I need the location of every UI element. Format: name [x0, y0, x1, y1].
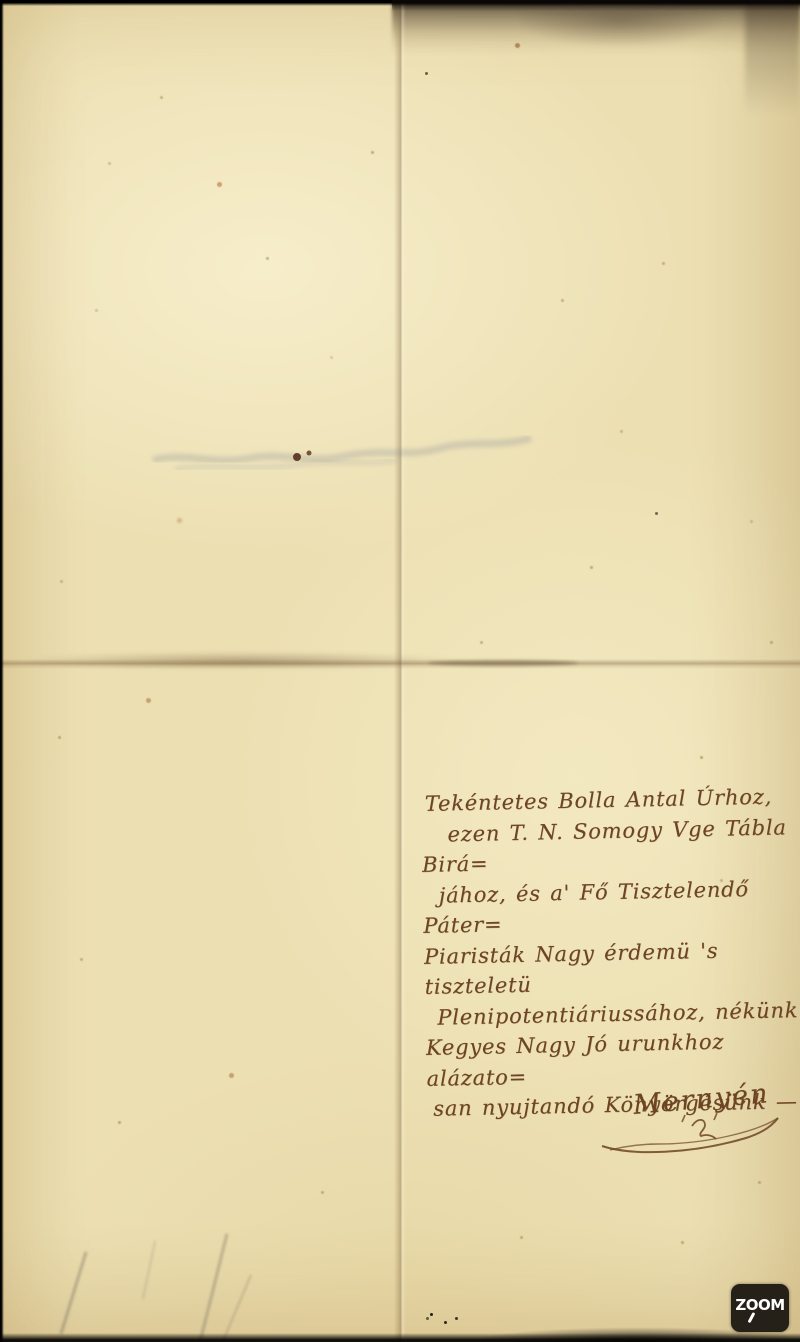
- watermark-letter: Z: [735, 1298, 745, 1313]
- handwritten-address-block: Tekéntetes Bolla Antal Úrhoz, ezen T. N.…: [421, 781, 800, 1124]
- signature-flourish: [596, 1104, 792, 1160]
- scan-edge-top-right: [392, 0, 800, 11]
- manuscript-line: ezen T. N. Somogy Vge Tábla Birá=: [421, 812, 796, 881]
- stain-top-right-blotch: [520, 8, 720, 46]
- vertical-fold-crease: [394, 0, 406, 1342]
- watermark-letter: M: [770, 1298, 784, 1313]
- scan-edge-left: [0, 0, 4, 1342]
- scanned-document: Tekéntetes Bolla Antal Úrhoz, ezen T. N.…: [0, 0, 800, 1342]
- manuscript-line: jához, és a' Fő Tisztelendő Páter=: [422, 873, 797, 942]
- zoom-watermark: Z O O M: [731, 1284, 789, 1332]
- fold-dirt-smudge: [22, 652, 462, 668]
- watermark-letter: O: [758, 1298, 770, 1313]
- magnifier-icon: O: [746, 1298, 758, 1313]
- pencil-mark: [142, 1240, 156, 1299]
- ink-bleedthrough: [145, 408, 545, 493]
- paper-sheet: Tekéntetes Bolla Antal Úrhoz, ezen T. N.…: [0, 0, 800, 1342]
- fold-dark-segment: [428, 660, 578, 666]
- manuscript-line: Piaristák Nagy érdemü 's tiszteletü: [424, 934, 799, 1003]
- pencil-mark: [198, 1233, 228, 1342]
- stain-right-corner: [745, 0, 800, 135]
- zoom-watermark-label: Z O O M: [735, 1298, 784, 1313]
- pencil-mark: [59, 1251, 87, 1334]
- pencil-mark: [222, 1274, 252, 1341]
